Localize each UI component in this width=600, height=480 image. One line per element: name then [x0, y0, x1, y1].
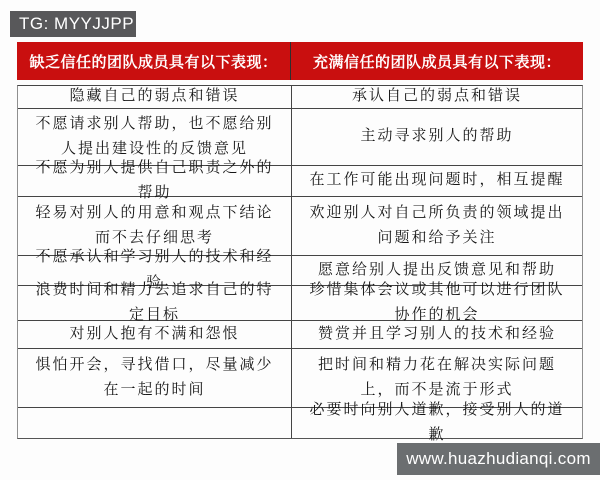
- watermark-bar: www.huazhudianqi.com: [397, 443, 600, 475]
- table-row: 对别人抱有不满和怨恨 赞赏并且学习别人的技术和经验: [18, 321, 582, 349]
- cell-lacking-trust-empty: [18, 408, 292, 438]
- cell-lacking-trust: 不愿为别人提供自己职责之外的帮助: [18, 166, 292, 196]
- watermark-url: www.huazhudianqi.com: [406, 449, 591, 469]
- tg-tag-bar: TG: MYYJJPP: [10, 11, 136, 37]
- cell-full-trust: 在工作可能出现问题时，相互提醒: [292, 166, 582, 196]
- header-full-trust: 充满信任的团队成员具有以下表现：: [291, 42, 583, 80]
- cell-full-trust: 承认自己的弱点和错误: [292, 86, 582, 108]
- tg-tag-label: TG: MYYJJPP: [19, 14, 134, 33]
- cell-lacking-trust: 惧怕开会，寻找借口，尽量减少在一起的时间: [18, 349, 292, 407]
- cell-full-trust: 欢迎别人对自己所负责的领域提出问题和给予关注: [292, 197, 582, 255]
- table-body: 隐藏自己的弱点和错误 承认自己的弱点和错误 不愿请求别人帮助，也不愿给别人提出建…: [17, 85, 583, 439]
- table-row: 不愿为别人提供自己职责之外的帮助 在工作可能出现问题时，相互提醒: [18, 166, 582, 197]
- cell-full-trust: 珍惜集体会议或其他可以进行团队协作的机会: [292, 286, 582, 320]
- cell-lacking-trust: 对别人抱有不满和怨恨: [18, 321, 292, 348]
- cell-lacking-trust: 浪费时间和精力去追求自己的特定目标: [18, 286, 292, 320]
- header-lacking-trust: 缺乏信任的团队成员具有以下表现：: [17, 42, 291, 80]
- table-header-row: 缺乏信任的团队成员具有以下表现： 充满信任的团队成员具有以下表现：: [17, 42, 583, 80]
- cell-full-trust: 必要时向别人道歉，接受别人的道歉: [292, 408, 582, 438]
- cell-lacking-trust: 隐藏自己的弱点和错误: [18, 86, 292, 108]
- table-row: 隐藏自己的弱点和错误 承认自己的弱点和错误: [18, 86, 582, 109]
- trust-comparison-table: 缺乏信任的团队成员具有以下表现： 充满信任的团队成员具有以下表现： 隐藏自己的弱…: [17, 42, 583, 439]
- cell-full-trust: 赞赏并且学习别人的技术和经验: [292, 321, 582, 348]
- table-row: 必要时向别人道歉，接受别人的道歉: [18, 408, 582, 438]
- cell-full-trust: 主动寻求别人的帮助: [292, 109, 582, 165]
- table-row: 浪费时间和精力去追求自己的特定目标 珍惜集体会议或其他可以进行团队协作的机会: [18, 286, 582, 321]
